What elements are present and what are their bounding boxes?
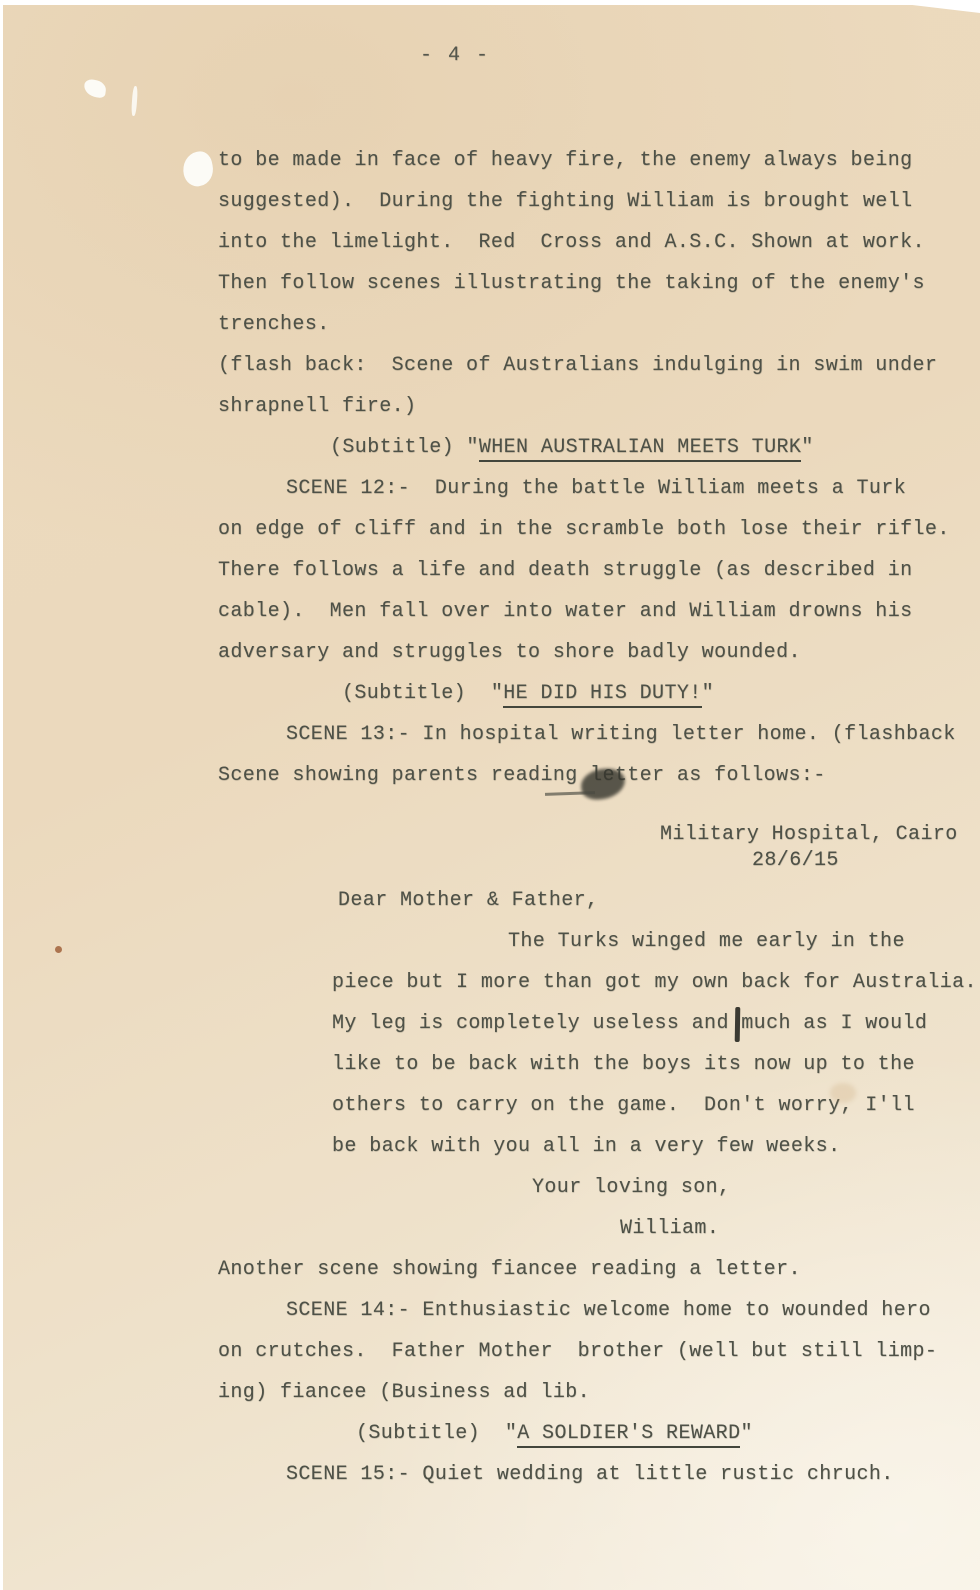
- paper-speck: [55, 946, 62, 953]
- text-segment: 28/6/15: [752, 849, 839, 872]
- text-line: SCENE 13:- In hospital writing letter ho…: [0, 714, 980, 755]
- text-line: cable). Men fall over into water and Wil…: [0, 591, 980, 632]
- text-segment: into the limelight. Red Cross and A.S.C.…: [218, 231, 925, 254]
- text-line: piece but I more than got my own back fo…: [0, 962, 980, 1003]
- text-segment: shrapnell fire.): [218, 395, 416, 418]
- foxing-stain: [830, 1083, 856, 1103]
- text-segment: SCENE 13:- In hospital writing letter ho…: [286, 723, 956, 746]
- underlined-subtitle-text: A SOLDIER'S REWARD: [517, 1422, 740, 1448]
- text-line: on edge of cliff and in the scramble bot…: [0, 509, 980, 550]
- text-line: SCENE 15:- Quiet wedding at little rusti…: [0, 1454, 980, 1495]
- text-segment: cable). Men fall over into water and Wil…: [218, 600, 913, 623]
- text-line: shrapnell fire.): [0, 386, 980, 427]
- text-line: Then follow scenes illustrating the taki…: [0, 263, 980, 304]
- text-line: SCENE 14:- Enthusiastic welcome home to …: [0, 1290, 980, 1331]
- text-segment: ": [702, 682, 714, 705]
- text-line: ing) fiancee (Business ad lib.: [0, 1372, 980, 1413]
- underlined-subtitle-text: HE DID HIS DUTY!: [503, 682, 701, 708]
- text-line: (Subtitle) "WHEN AUSTRALIAN MEETS TURK": [0, 427, 980, 468]
- text-line: Military Hospital, Cairo: [0, 822, 980, 848]
- text-segment: SCENE 14:- Enthusiastic welcome home to …: [286, 1299, 931, 1322]
- text-segment: others to carry on the game. Don't worry…: [332, 1094, 915, 1117]
- text-line: trenches.: [0, 304, 980, 345]
- text-segment: (Subtitle) ": [356, 1422, 517, 1445]
- text-line: to be made in face of heavy fire, the en…: [0, 140, 980, 181]
- text-segment: SCENE 15:- Quiet wedding at little rusti…: [286, 1463, 894, 1486]
- text-segment: Dear Mother & Father,: [338, 889, 598, 912]
- text-segment: ing) fiancee (Business ad lib.: [218, 1381, 590, 1404]
- text-line: The Turks winged me early in the: [0, 921, 980, 962]
- text-segment: (flash back: Scene of Australians indulg…: [218, 354, 937, 377]
- text-segment: be back with you all in a very few weeks…: [332, 1135, 840, 1158]
- typewritten-text-block: to be made in face of heavy fire, the en…: [0, 140, 980, 1495]
- text-segment: Your loving son,: [532, 1176, 730, 1199]
- text-segment: Scene showing parents reading letter as …: [218, 764, 826, 787]
- text-segment: suggested). During the fighting William …: [218, 190, 913, 213]
- page-number: - 4 -: [420, 44, 490, 67]
- text-segment: to be made in face of heavy fire, the en…: [218, 149, 913, 172]
- text-segment: like to be back with the boys its now up…: [332, 1053, 915, 1076]
- text-segment: (Subtitle) ": [342, 682, 503, 705]
- text-line: SCENE 12:- During the battle William mee…: [0, 468, 980, 509]
- text-line: Dear Mother & Father,: [0, 880, 980, 921]
- text-line: adversary and struggles to shore badly w…: [0, 632, 980, 673]
- text-line: My leg is completely useless and much as…: [0, 1003, 980, 1044]
- text-segment: SCENE 12:- During the battle William mee…: [286, 477, 906, 500]
- text-line: like to be back with the boys its now up…: [0, 1044, 980, 1085]
- text-segment: ": [801, 436, 813, 459]
- paper-corner-tear: [870, 0, 980, 13]
- text-segment: There follows a life and death struggle …: [218, 559, 913, 582]
- text-segment: The Turks winged me early in the: [508, 930, 905, 953]
- text-segment: Military Hospital, Cairo: [660, 823, 958, 846]
- text-line: on crutches. Father Mother brother (well…: [0, 1331, 980, 1372]
- text-segment: ": [740, 1422, 752, 1445]
- pen-stroke-mark: [735, 1007, 741, 1042]
- text-line: suggested). During the fighting William …: [0, 181, 980, 222]
- text-segment: (Subtitle) ": [330, 436, 479, 459]
- text-segment: My leg is completely useless and much as…: [332, 1012, 927, 1035]
- text-segment: piece but I more than got my own back fo…: [332, 971, 977, 994]
- text-line: 28/6/15: [0, 848, 980, 874]
- text-line: There follows a life and death struggle …: [0, 550, 980, 591]
- text-line: William.: [0, 1208, 980, 1249]
- text-line: into the limelight. Red Cross and A.S.C.…: [0, 222, 980, 263]
- underlined-subtitle-text: WHEN AUSTRALIAN MEETS TURK: [479, 436, 801, 462]
- text-segment: Then follow scenes illustrating the taki…: [218, 272, 925, 295]
- text-segment: on edge of cliff and in the scramble bot…: [218, 518, 950, 541]
- text-segment: on crutches. Father Mother brother (well…: [218, 1340, 937, 1363]
- text-line: Scene showing parents reading letter as …: [0, 755, 980, 796]
- text-line: (Subtitle) "A SOLDIER'S REWARD": [0, 1413, 980, 1454]
- text-segment: William.: [620, 1217, 719, 1240]
- text-segment: adversary and struggles to shore badly w…: [218, 641, 801, 664]
- text-segment: trenches.: [218, 313, 330, 336]
- text-line: (Subtitle) "HE DID HIS DUTY!": [0, 673, 980, 714]
- text-line: Another scene showing fiancee reading a …: [0, 1249, 980, 1290]
- text-line: Your loving son,: [0, 1167, 980, 1208]
- text-segment: Another scene showing fiancee reading a …: [218, 1258, 801, 1281]
- text-line: (flash back: Scene of Australians indulg…: [0, 345, 980, 386]
- text-line: be back with you all in a very few weeks…: [0, 1126, 980, 1167]
